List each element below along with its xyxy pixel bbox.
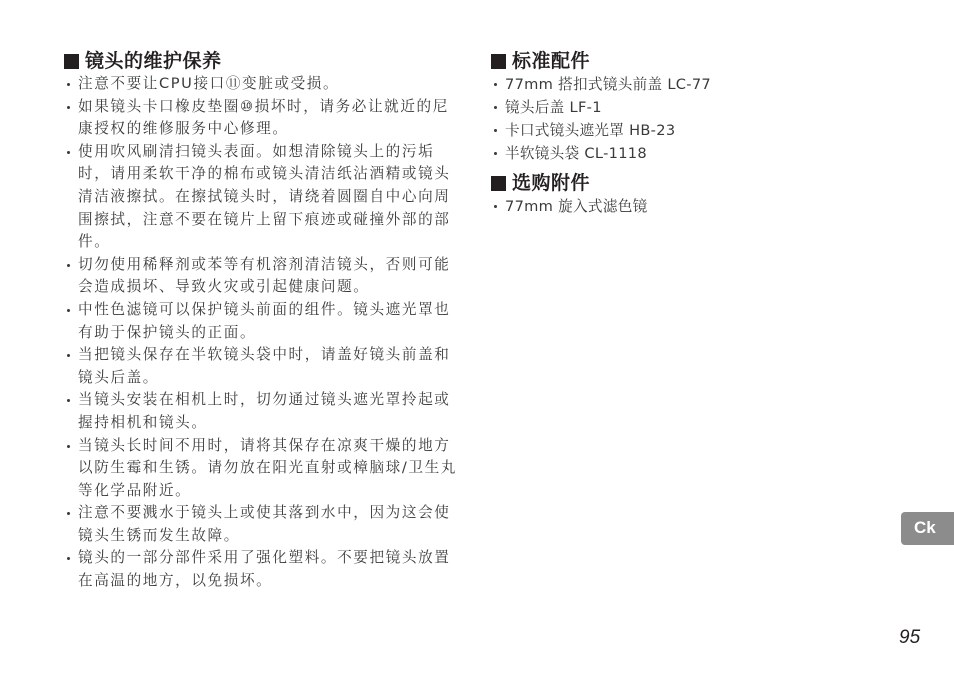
page-number: 95 [899, 627, 920, 649]
square-bullet-icon [491, 54, 506, 69]
lens-care-list: 注意不要让CPU接口⑪变脏或受损。 如果镜头卡口橡皮垫圈⑩损坏时，请务必让就近的… [64, 73, 464, 593]
list-item: 注意不要让CPU接口⑪变脏或受损。 [64, 73, 464, 96]
optional-accessories-heading-text: 选购附件 [512, 171, 590, 195]
standard-accessories-list: 77mm 搭扣式镜头前盖 LC-77 镜头后盖 LF-1 卡口式镜头遮光罩 HB… [491, 73, 771, 165]
optional-accessories-list: 77mm 旋入式滤色镜 [491, 195, 771, 218]
list-item: 镜头后盖 LF-1 [491, 96, 771, 119]
list-item: 77mm 搭扣式镜头前盖 LC-77 [491, 73, 771, 96]
list-item: 卡口式镜头遮光罩 HB-23 [491, 119, 771, 142]
standard-accessories-heading: 标准配件 [491, 49, 771, 73]
list-item: 当镜头安装在相机上时，切勿通过镜头遮光罩拎起或握持相机和镜头。 [64, 389, 464, 434]
list-item: 当镜头长时间不用时，请将其保存在凉爽干燥的地方以防生霉和生锈。请勿放在阳光直射或… [64, 435, 464, 503]
square-bullet-icon [491, 176, 506, 191]
optional-accessories-heading: 选购附件 [491, 171, 771, 195]
list-item: 切勿使用稀释剂或苯等有机溶剂清洁镜头，否则可能会造成损坏、导致火灾或引起健康问题… [64, 254, 464, 299]
list-item: 注意不要溅水于镜头上或使其落到水中，因为这会使镜头生锈而发生故障。 [64, 502, 464, 547]
square-bullet-icon [64, 54, 79, 69]
list-item: 如果镜头卡口橡皮垫圈⑩损坏时，请务必让就近的尼康授权的维修服务中心修理。 [64, 96, 464, 141]
list-item: 半软镜头袋 CL-1118 [491, 142, 771, 165]
list-item: 中性色滤镜可以保护镜头前面的组件。镜头遮光罩也有助于保护镜头的正面。 [64, 299, 464, 344]
list-item: 77mm 旋入式滤色镜 [491, 195, 771, 218]
list-item: 镜头的一部分部件采用了强化塑料。不要把镜头放置在高温的地方，以免损坏。 [64, 547, 464, 592]
lens-care-heading: 镜头的维护保养 [64, 49, 464, 73]
lens-care-section: 镜头的维护保养 注意不要让CPU接口⑪变脏或受损。 如果镜头卡口橡皮垫圈⑩损坏时… [64, 49, 464, 593]
language-tab: Ck [901, 512, 954, 545]
list-item: 使用吹风刷清扫镜头表面。如想清除镜头上的污垢时，请用柔软干净的棉布或镜头清洁纸沾… [64, 141, 464, 254]
list-item: 当把镜头保存在半软镜头袋中时，请盖好镜头前盖和镜头后盖。 [64, 344, 464, 389]
standard-accessories-heading-text: 标准配件 [512, 49, 590, 73]
accessories-section: 标准配件 77mm 搭扣式镜头前盖 LC-77 镜头后盖 LF-1 卡口式镜头遮… [491, 49, 771, 218]
lens-care-heading-text: 镜头的维护保养 [85, 49, 222, 73]
